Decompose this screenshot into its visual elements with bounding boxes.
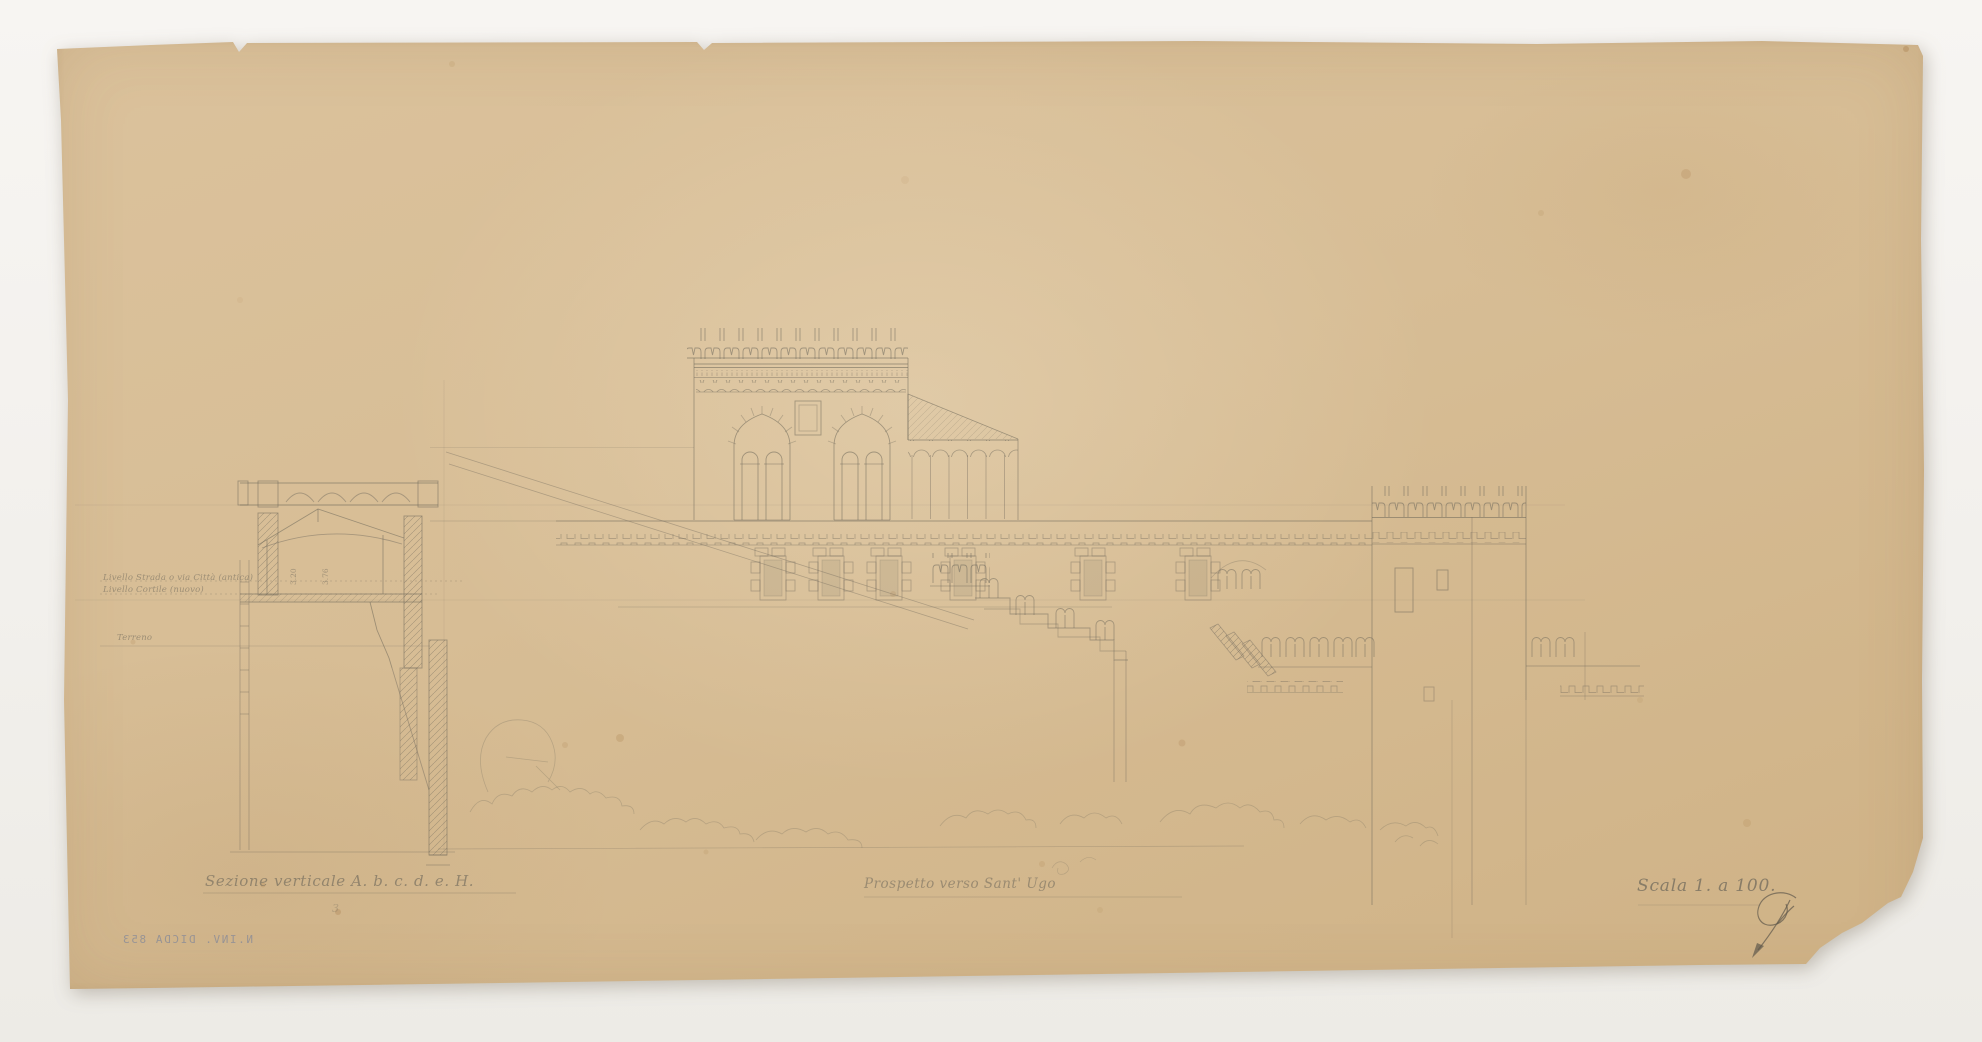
elevation-caption: Prospetto verso Sant' Ugo — [864, 876, 1056, 892]
construction-guides — [75, 380, 1585, 938]
sketch-numeral: 3 — [332, 902, 339, 915]
signature-flourish — [1752, 893, 1796, 958]
section-drawing — [230, 481, 455, 865]
mid-wall-structures — [1210, 561, 1374, 693]
curtain-wall — [446, 452, 1372, 629]
dimension-note-right: 3.76 — [321, 568, 330, 585]
ground-annotation: Terreno — [117, 633, 152, 643]
level-annotation-lower: Livello Cortile (nuovo) — [103, 585, 204, 595]
scan-background: Livello Strada o via Città (antica) Live… — [0, 0, 1982, 1042]
scale-caption: Scala 1. a 100. — [1637, 876, 1776, 896]
architectural-drawing — [57, 40, 1925, 990]
vegetation-sketch — [470, 720, 1438, 848]
level-annotation-upper: Livello Strada o via Città (antica) — [103, 573, 253, 583]
ground-line — [438, 846, 1244, 849]
paper-surface: Livello Strada o via Città (antica) Live… — [57, 40, 1925, 990]
section-caption: Sezione verticale A. b. c. d. e. H. — [205, 872, 474, 890]
dimension-note-left: 3.20 — [289, 568, 298, 585]
main-elevation — [687, 328, 1018, 520]
inventory-stamp: N.INV. DICDA 853 — [121, 933, 253, 946]
foxing-stains — [131, 46, 1910, 915]
drawing-sheet: Livello Strada o via Città (antica) Live… — [0, 0, 1982, 1042]
right-tower — [1372, 486, 1644, 905]
